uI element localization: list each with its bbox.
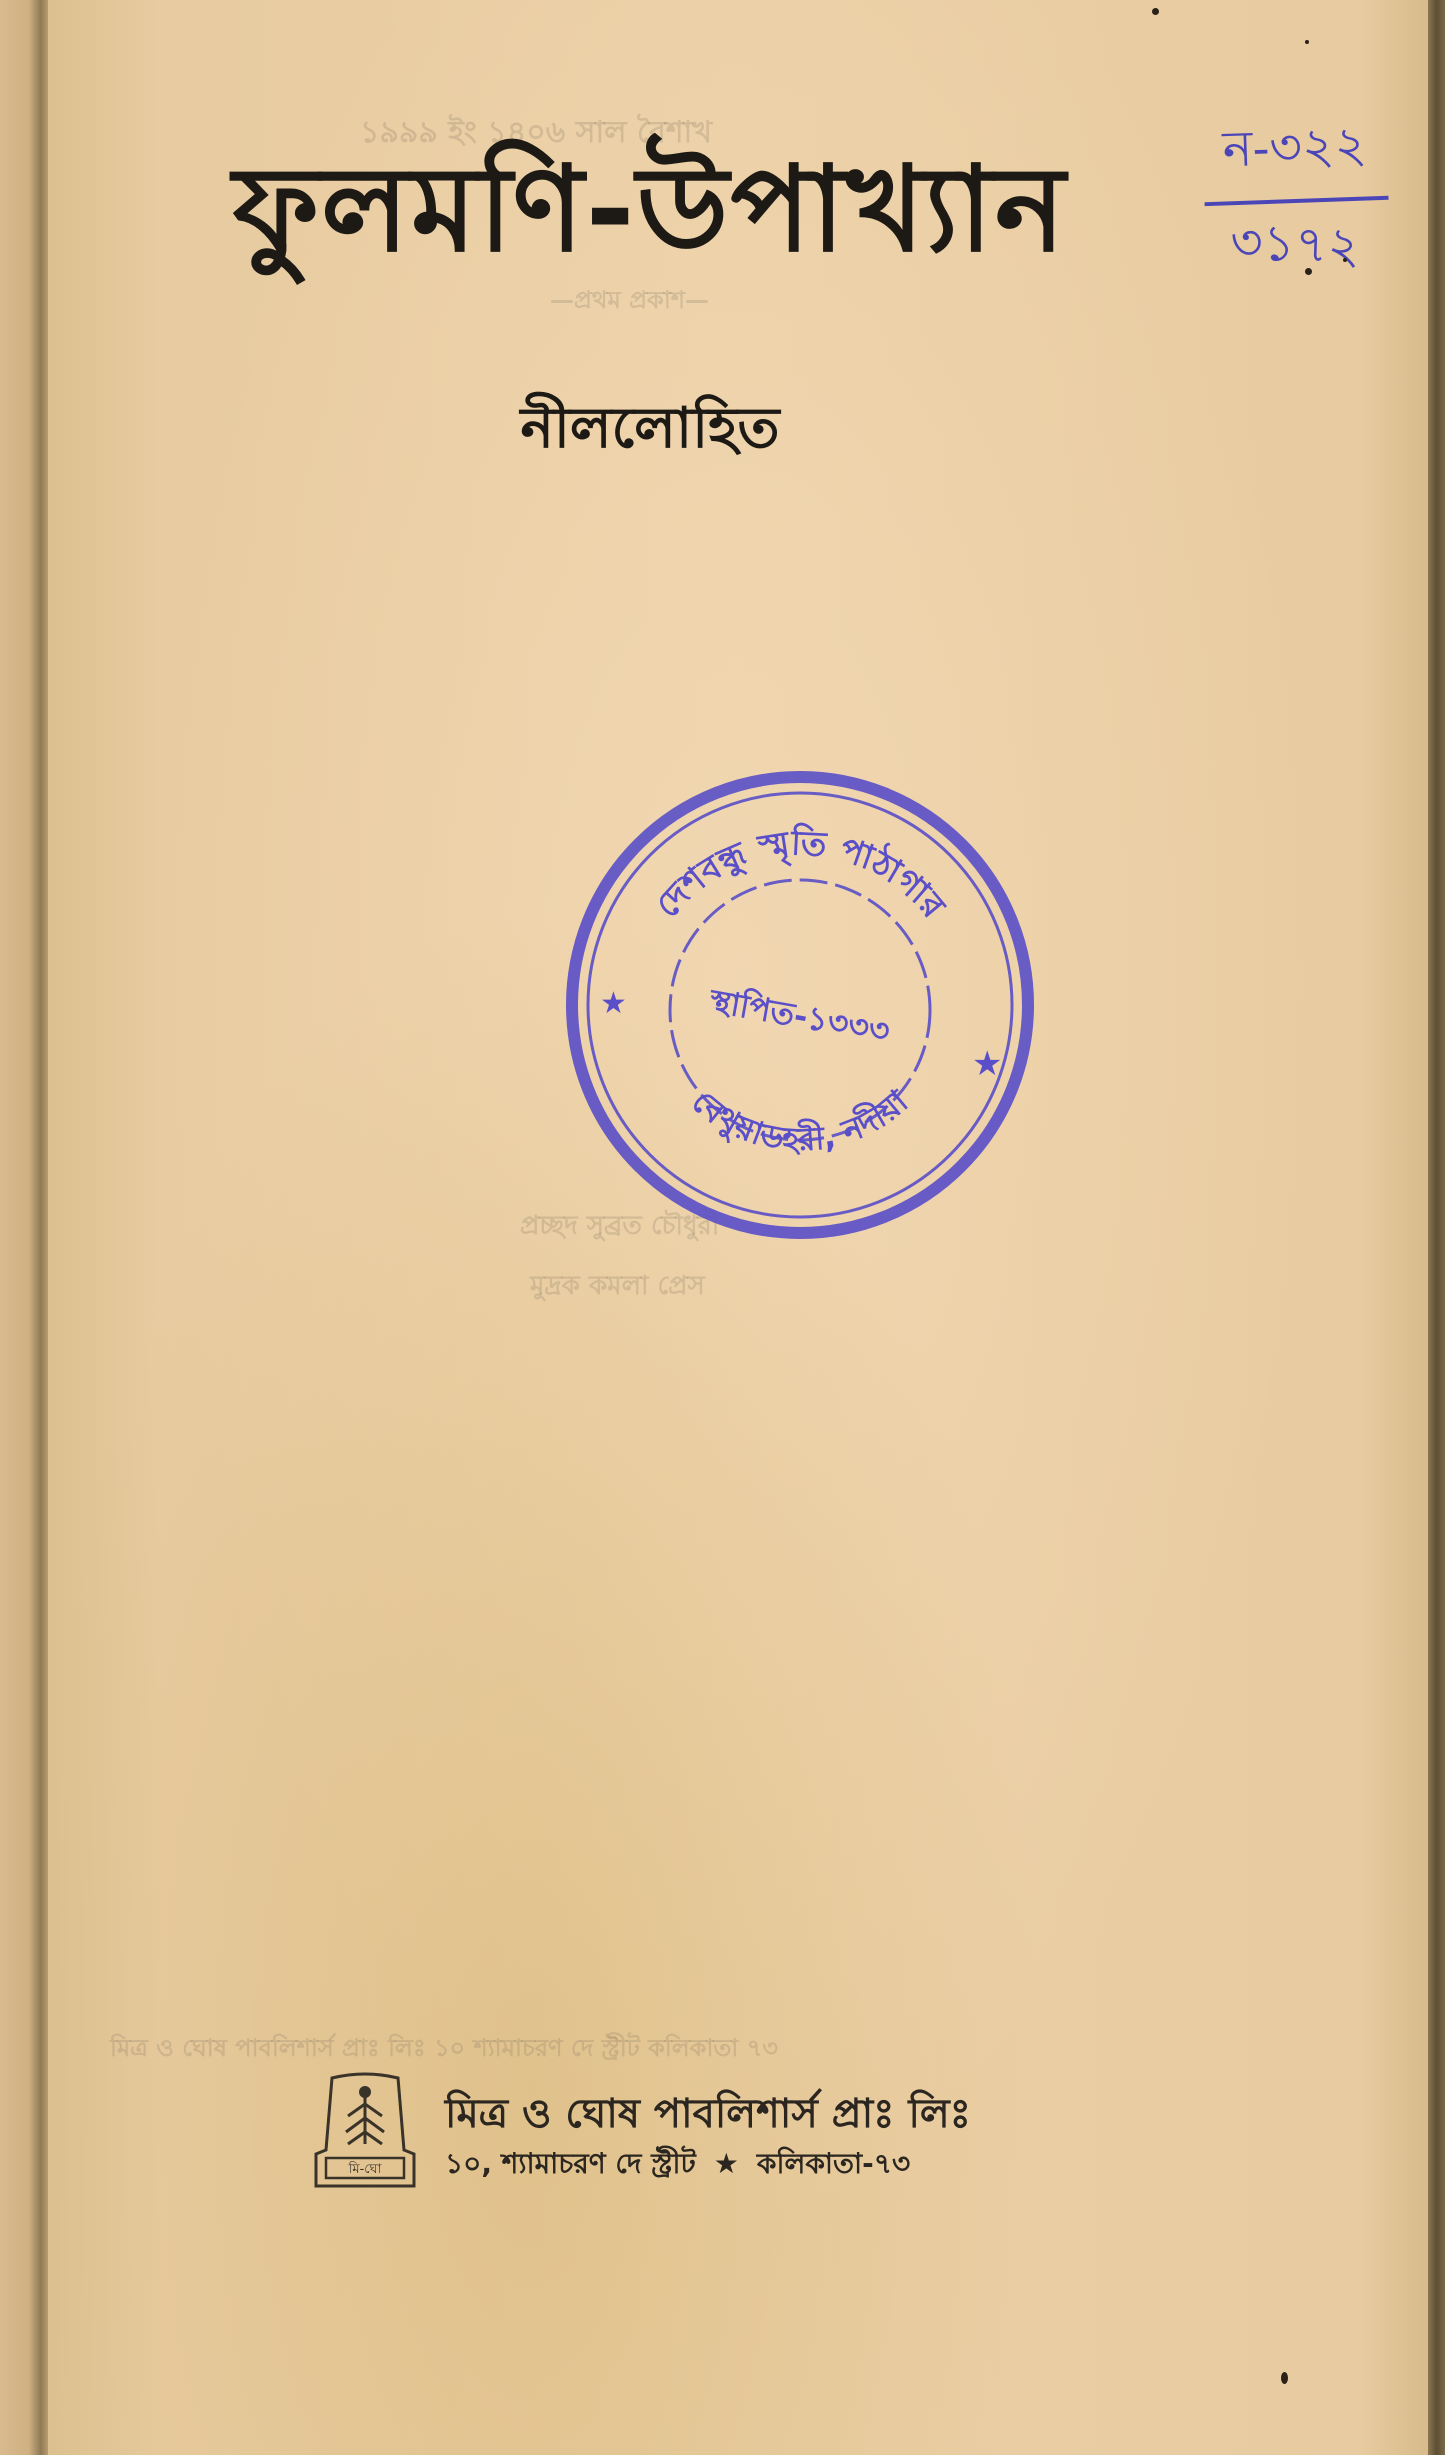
library-stamp: দেশবন্ধু স্মৃতি পাঠাগার বেথুয়াডহরী, নদী… [560,765,1040,1245]
book-gutter [0,0,48,2455]
star-icon: ★ [600,986,627,1021]
page-edge [1428,0,1445,2455]
handwritten-accession-number: ন-৩২২ ৩১৭২ [1170,110,1420,290]
paper-speck [1281,2372,1288,2384]
publisher-address: ১০, শ্যামাচরণ দে স্ট্রীট★কলিকাতা-৭৩ [445,2142,910,2189]
star-icon: ★ [972,1044,1002,1084]
publisher-logo-icon: মি-ঘো [310,2070,420,2188]
address-city: কলিকাতা-৭৩ [757,2147,910,2180]
star-icon: ★ [714,2147,739,2180]
stamp-center-text: স্থাপিত-১৩৩৩ [706,980,893,1050]
paper-speck [1305,268,1312,275]
accession-numerator: ন-৩২২ [1201,107,1388,206]
author-name: নীললোহিত [480,385,820,479]
paper-speck [1343,258,1347,262]
publisher-name: মিত্র ও ঘোষ পাবলিশার্স প্রাঃ লিঃ [445,2082,971,2149]
bleed-through-text: মিত্র ও ঘোষ পাবলিশার্স প্রাঃ লিঃ ১০ শ্যা… [110,2030,1290,2070]
accession-denominator: ৩১৭২ [1169,203,1422,295]
stamp-top-text: দেশবন্ধু স্মৃতি পাঠাগার [648,822,954,926]
paper-speck [1305,40,1309,44]
bleed-through-text: মুদ্রক কমলা প্রেস [530,1265,705,1309]
svg-text:মি-ঘো: মি-ঘো [348,2161,382,2177]
book-title: ফুলমণি-উপাখ্যান [230,118,1070,316]
stamp-bottom-text: বেথুয়াডহরী, নদীয়া [685,1081,917,1159]
address-street: ১০, শ্যামাচরণ দে স্ট্রীট [445,2147,696,2180]
paper-speck [1152,8,1159,15]
